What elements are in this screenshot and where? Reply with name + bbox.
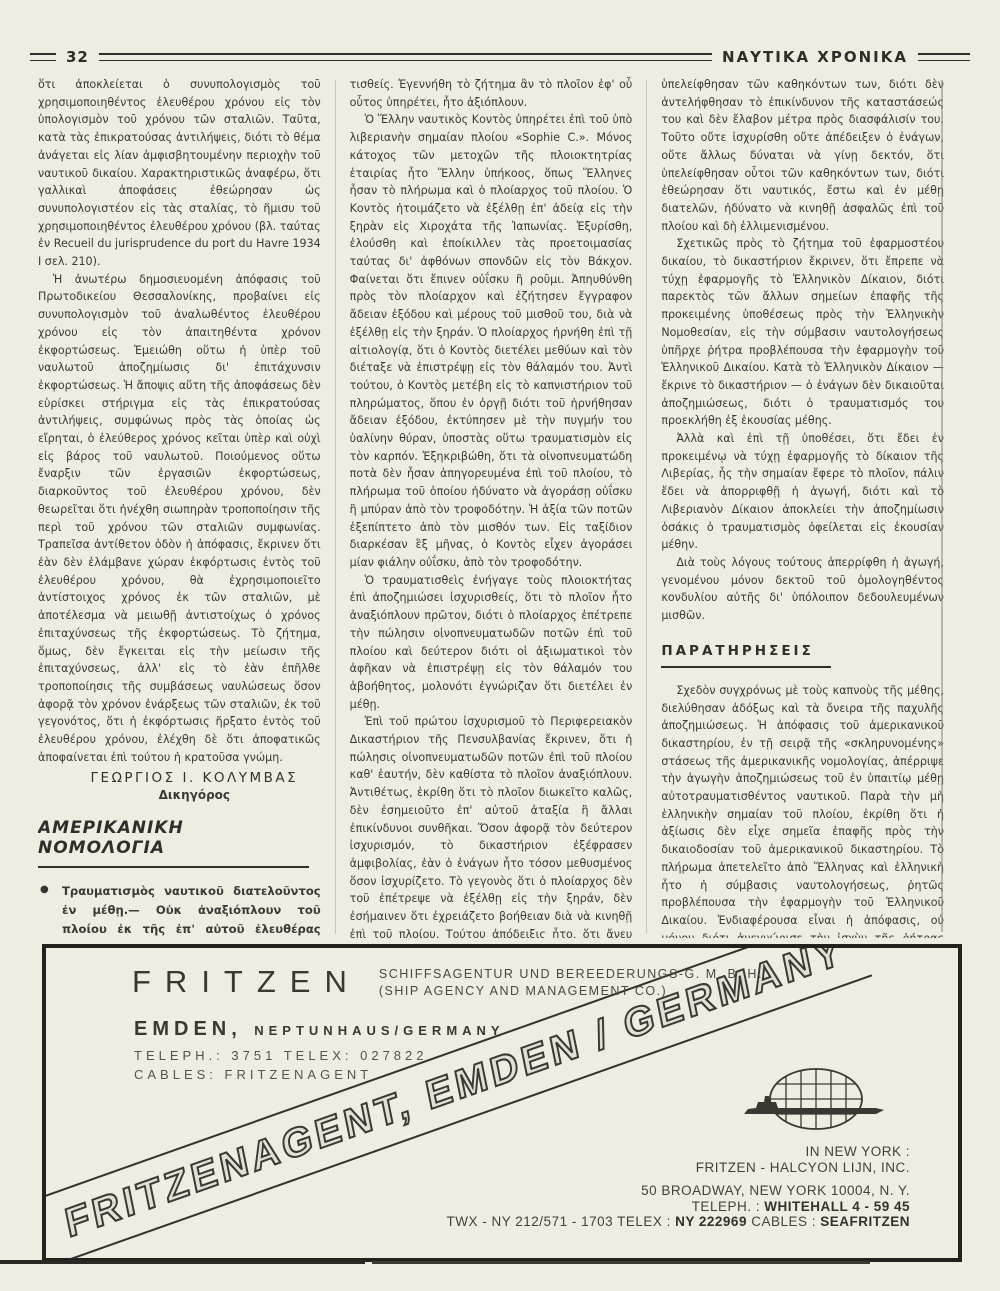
bottom-rule-right xyxy=(372,1261,870,1264)
paragraph: ὅτι ἀποκλείεται ὁ συνυπολογισμὸς τοῦ χρη… xyxy=(38,76,321,271)
observations-heading: ΠΑΡΑΤΗΡΗΣΕΙΣ xyxy=(661,643,831,668)
paragraph: Σχετικῶς πρὸς τὸ ζήτημα τοῦ ἐφαρμοστέου … xyxy=(661,235,944,430)
ny-company: FRITZEN - HALCYON LIJN, INC. xyxy=(641,1160,910,1176)
cables-code: SEAFRITZEN xyxy=(820,1214,910,1229)
column-divider xyxy=(646,80,647,934)
ny-address: 50 BROADWAY, NEW YORK 10004, N. Y. xyxy=(641,1183,910,1199)
cables-line: CABLES: FRITZENAGENT xyxy=(134,1067,372,1082)
magazine-page: 32 ΝΑΥΤΙΚΑ ΧΡΟΝΙΚΑ ὅτι ἀποκλείεται ὁ συν… xyxy=(0,0,1000,1291)
city-address: NEPTUNHAUS/GERMANY xyxy=(254,1023,504,1038)
header-rule-left xyxy=(30,53,56,61)
article-body: ὅτι ἀποκλείεται ὁ συνυπολογισμὸς τοῦ χρη… xyxy=(38,76,944,938)
bottom-rule-left xyxy=(0,1260,365,1264)
ship-globe-logo-icon xyxy=(738,1066,888,1144)
author-name: ΓΕΩΡΓΙΟΣ Ι. ΚΟΛΥΜΒΑΣ xyxy=(68,770,321,786)
brand-subtitle: SCHIFFSAGENTUR UND BEREEDERUNGS-G. M. B.… xyxy=(379,966,763,1000)
paragraph: Σχεδὸν συγχρόνως μὲ τοὺς καπνοὺς τῆς μέθ… xyxy=(661,682,944,938)
fritzen-advertisement: FRITZENAGENT, EMDEN / GERMANY FRITZEN SC… xyxy=(42,944,962,1262)
header-rule-right xyxy=(918,53,970,61)
paragraph: τισθείς. Ἐγεννήθη τὸ ζήτημα ἂν τὸ πλοῖον… xyxy=(350,76,633,111)
author-title: Δικηγόρος xyxy=(68,788,321,802)
bullet-dot-icon: ● xyxy=(40,884,49,895)
column-3: ὑπελείφθησαν τῶν καθηκόντων των, διότι δ… xyxy=(661,76,944,938)
telephone-line: TELEPH.: 3751 TELEX: 027822 xyxy=(134,1048,428,1063)
brand-subtitle-line2: (SHIP AGENCY AND MANAGEMENT CO.) xyxy=(379,984,667,998)
twx-telex-line: TWX - NY 212/571 - 1703 TELEX : NY 22296… xyxy=(447,1214,910,1229)
case-summary: ● Τραυματισμὸς ναυτικοῦ διατελοῦντος ἐν … xyxy=(38,882,321,938)
cables-label: CABLES : xyxy=(747,1214,820,1229)
author-signature: ΓΕΩΡΓΙΟΣ Ι. ΚΟΛΥΜΒΑΣ Δικηγόρος xyxy=(68,770,321,802)
city-name: EMDEN, xyxy=(134,1018,242,1040)
paragraph: Ἡ ἀνωτέρω δημοσιευομένη ἀπόφασις τοῦ Πρω… xyxy=(38,271,321,767)
page-header: 32 ΝΑΥΤΙΚΑ ΧΡΟΝΙΚΑ xyxy=(30,48,970,66)
section-heading-american-case-law: ΑΜΕΡΙΚΑΝΙΚΗ ΝΟΜΟΛΟΓΙΑ xyxy=(38,818,309,868)
paragraph: Ἐπὶ τοῦ πρώτου ἰσχυρισμοῦ τὸ Περιφερειακ… xyxy=(350,713,633,938)
ny-phone-label: TELEPH. : xyxy=(692,1199,765,1214)
ny-phone-number: WHITEHALL 4 - 59 45 xyxy=(764,1199,910,1214)
brand-subtitle-line1: SCHIFFSAGENTUR UND BEREEDERUNGS-G. M. B.… xyxy=(379,967,763,981)
column-2: τισθείς. Ἐγεννήθη τὸ ζήτημα ἂν τὸ πλοῖον… xyxy=(350,76,633,938)
page-number: 32 xyxy=(66,48,89,66)
telex-number: NY 222969 xyxy=(675,1214,747,1229)
paragraph: Ὁ Ἕλλην ναυτικὸς Κοντὸς ὑπηρέτει ἐπὶ τοῦ… xyxy=(350,111,633,571)
ny-label: IN NEW YORK : xyxy=(641,1144,910,1160)
brand-name: FRITZEN xyxy=(132,964,361,1000)
column-divider xyxy=(335,80,336,934)
paragraph: Ἀλλὰ καὶ ἐπὶ τῇ ὑποθέσει, ὅτι ἔδει ἐν πρ… xyxy=(661,430,944,554)
ad-brand-row: FRITZEN SCHIFFSAGENTUR UND BEREEDERUNGS-… xyxy=(132,962,763,1000)
magazine-title: ΝΑΥΤΙΚΑ ΧΡΟΝΙΚΑ xyxy=(722,48,908,66)
column-1: ὅτι ἀποκλείεται ὁ συνυπολογισμὸς τοῦ χρη… xyxy=(38,76,321,938)
ad-city-row: EMDEN, NEPTUNHAUS/GERMANY xyxy=(134,1018,505,1041)
new-york-contact-block: IN NEW YORK : FRITZEN - HALCYON LIJN, IN… xyxy=(641,1144,910,1215)
paragraph: Ὁ τραυματισθεὶς ἐνήγαγε τοὺς πλοιοκτήτας… xyxy=(350,572,633,714)
twx-prefix: TWX - NY 212/571 - 1703 TELEX : xyxy=(447,1214,676,1229)
paragraph: Διὰ τοὺς λόγους τούτους ἀπερρίφθη ἡ ἀγωγ… xyxy=(661,554,944,625)
paragraph: ὑπελείφθησαν τῶν καθηκόντων των, διότι δ… xyxy=(661,76,944,235)
case-summary-text: Τραυματισμὸς ναυτικοῦ διατελοῦντος ἐν μέ… xyxy=(58,882,321,938)
header-rule-middle xyxy=(99,53,712,61)
ny-phone-line: TELEPH. : WHITEHALL 4 - 59 45 xyxy=(641,1199,910,1215)
page-right-rule xyxy=(941,80,943,932)
page-bottom-rules xyxy=(0,1258,1000,1268)
